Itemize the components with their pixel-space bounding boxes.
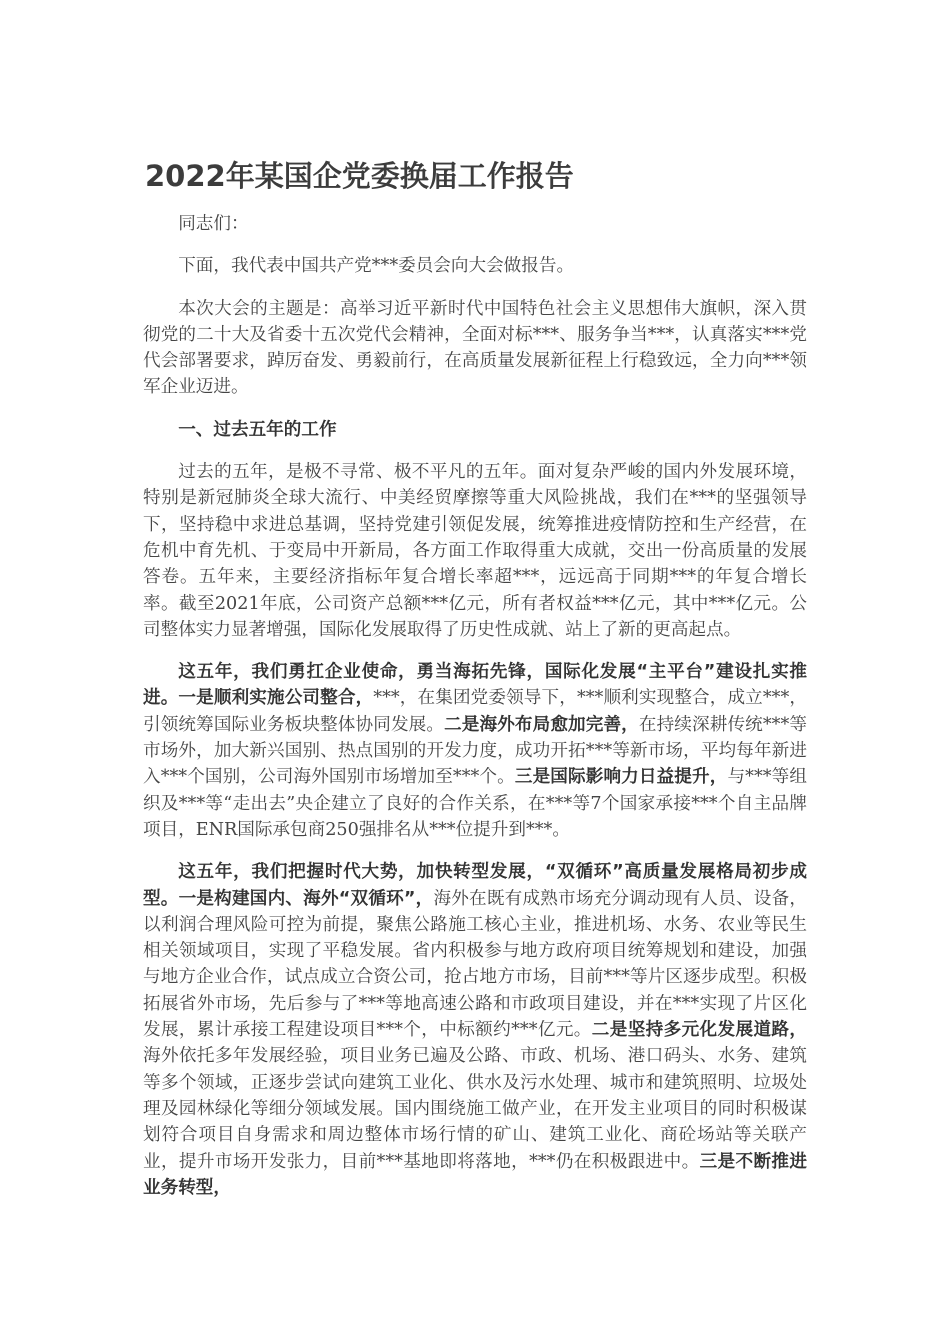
theme-paragraph: 本次大会的主题是：高举习近平新时代中国特色社会主义思想伟大旗帜，深入贯彻党的二十… [143, 296, 807, 401]
intro-paragraph: 下面，我代表中国共产党***委员会向大会做报告。 [143, 253, 807, 279]
bold-point: 三是国际影响力日益提升， [515, 767, 728, 787]
bold-point: 二是坚持多元化发展道路， [592, 1020, 807, 1040]
salutation: 同志们： [143, 211, 807, 237]
body-paragraph: 这五年，我们把握时代大势，加快转型发展，“双循环”高质量发展格局初步成型。一是构… [143, 859, 807, 1201]
document-title: 2022年某国企党委换届工作报告 [145, 158, 807, 194]
bold-point: 二是海外布局愈加完善， [444, 715, 639, 735]
section-heading: 一、过去五年的工作 [143, 417, 807, 443]
paragraph-text: 海外在既有成熟市场充分调动现有人员、设备，以利润合理风险可控为前提，聚焦公路施工… [143, 889, 807, 1040]
body-paragraph: 过去的五年，是极不寻常、极不平凡的五年。面对复杂严峻的国内外发展环境，特别是新冠… [143, 459, 807, 643]
body-paragraph: 这五年，我们勇扛企业使命，勇当海拓先锋，国际化发展“主平台”建设扎实推进。一是顺… [143, 659, 807, 843]
document-page: 2022年某国企党委换届工作报告 同志们： 下面，我代表中国共产党***委员会向… [143, 150, 807, 1201]
